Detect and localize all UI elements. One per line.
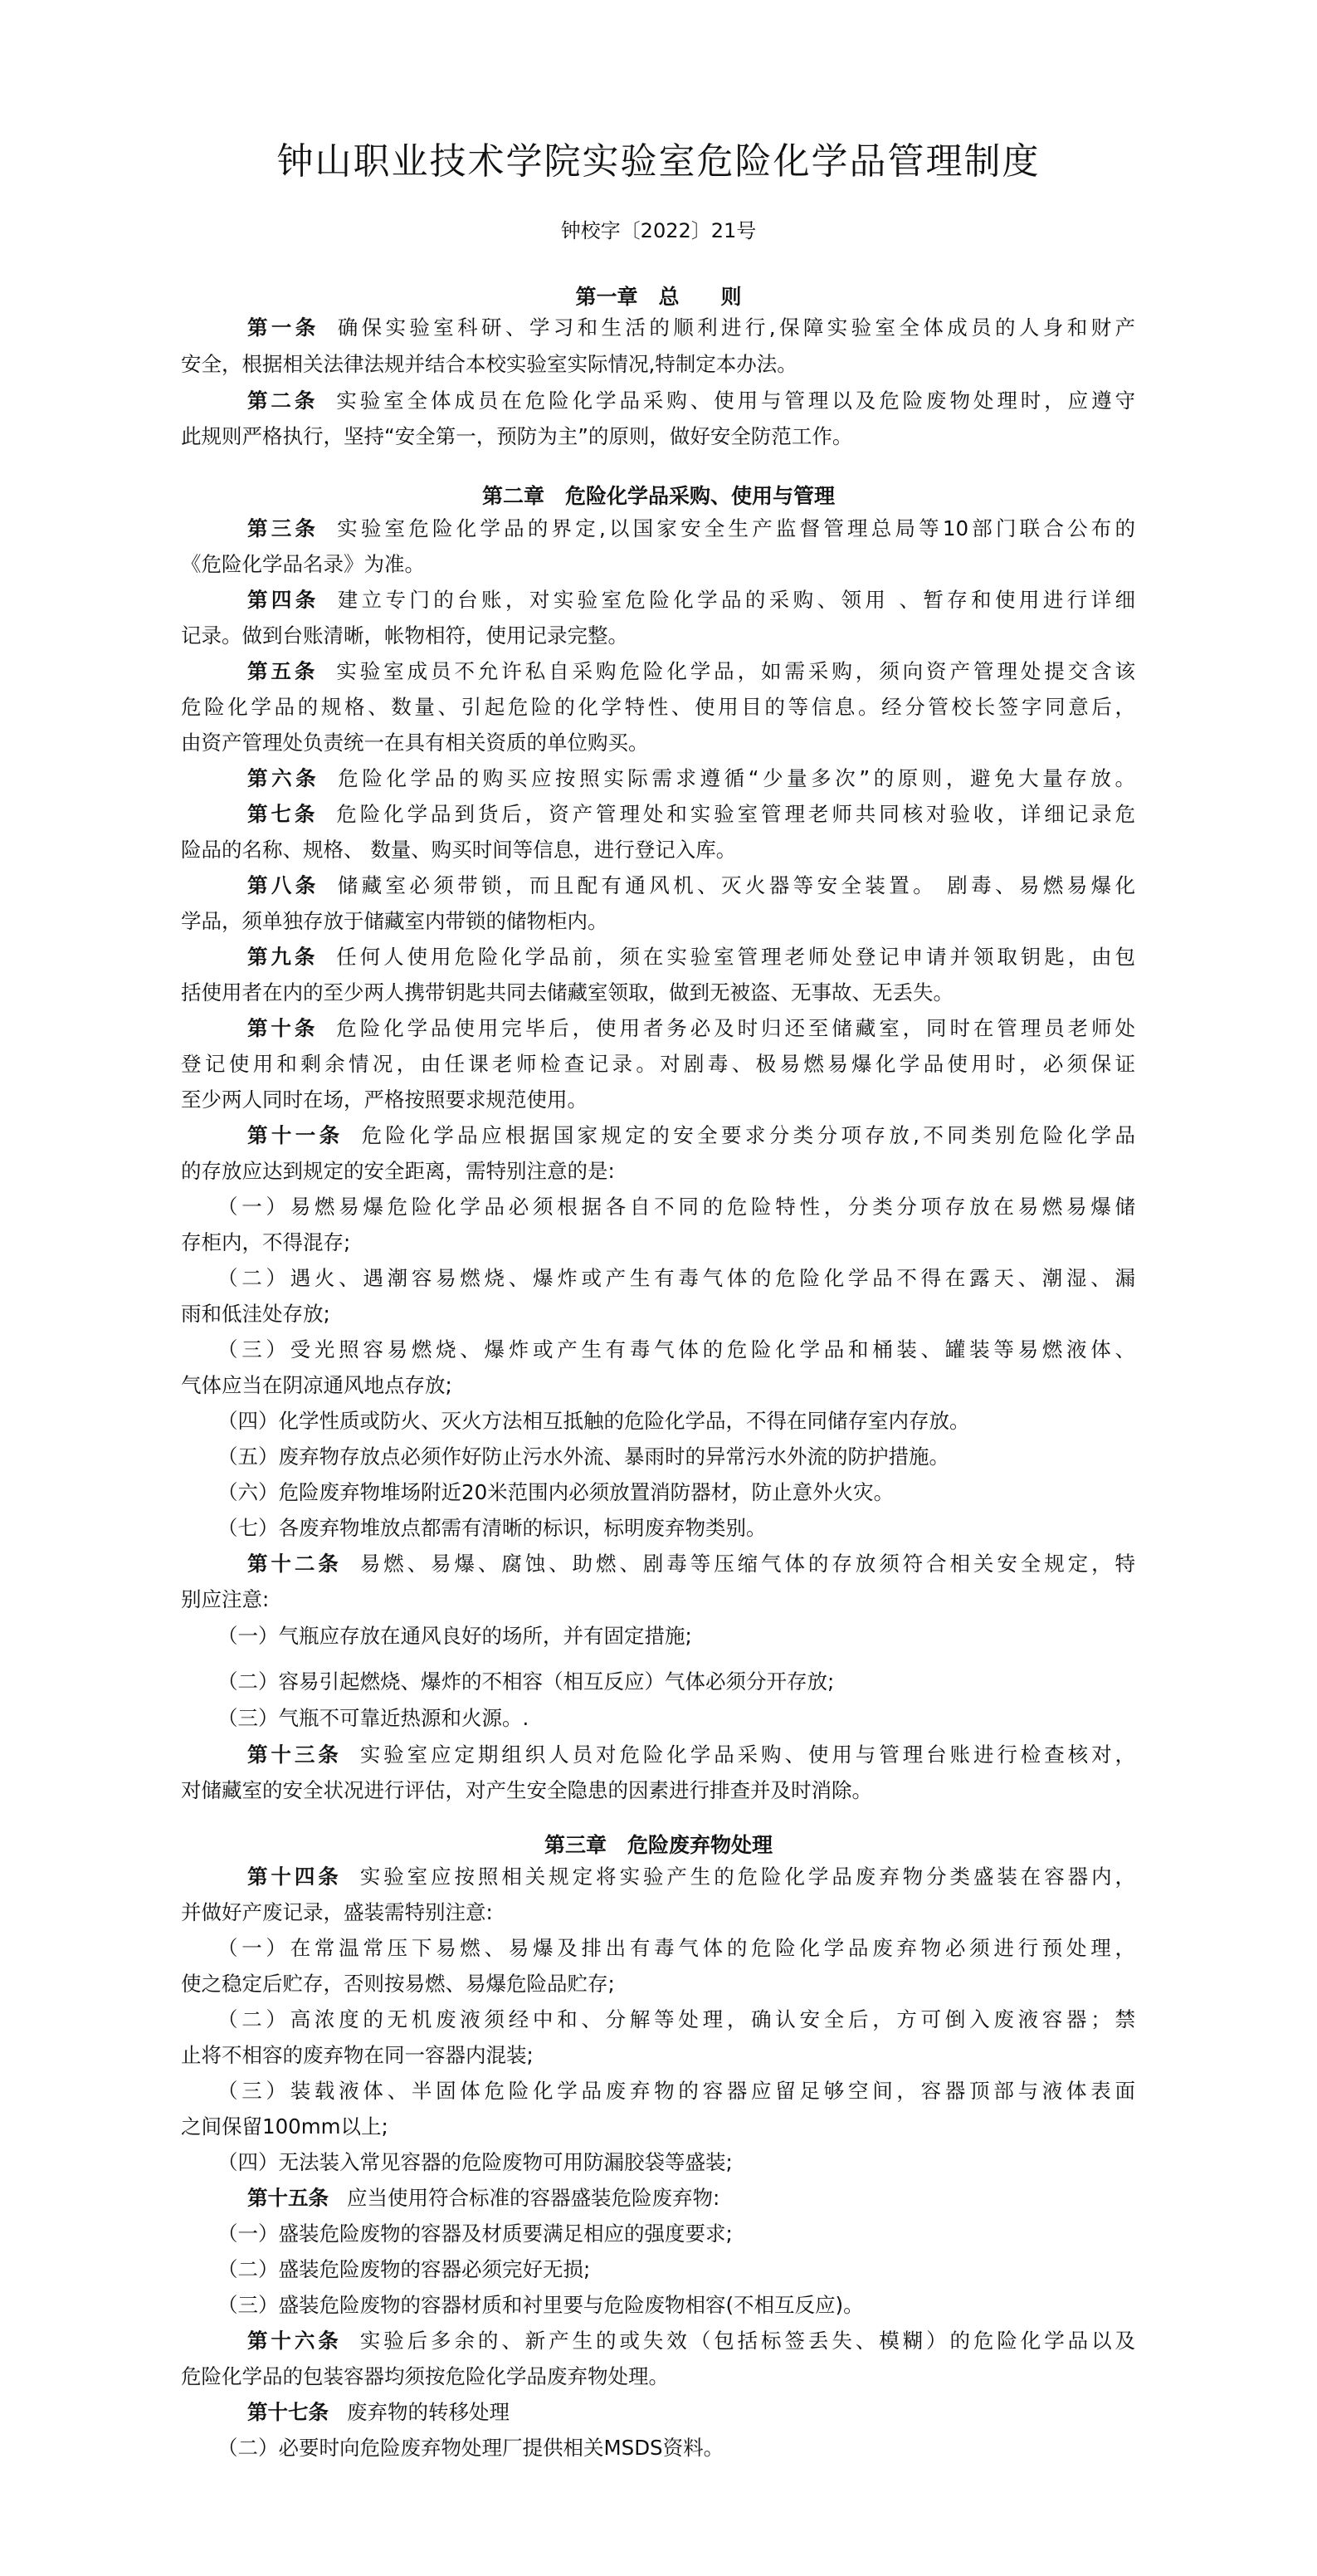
article-16-line-1: 第十六条实验后多余的、新产生的或失效（包括标签丢失、模糊）的危险化学品以及: [247, 2329, 1135, 2354]
article-10-line-2: 登记使用和剩余情况，由任课老师检查记录。对剧毒、极易燃易爆化学品使用时，必须保证: [181, 1052, 1135, 1077]
document-number: 钟校字〔2022〕21号: [0, 214, 1317, 243]
article-number: 第六条: [247, 766, 319, 790]
article-9-line-2: 括使用者在内的至少两人携带钥匙共同去储藏室领取，做到无被盗、无事故、无丢失。: [181, 980, 1135, 1005]
article-15-item-1: （一）盛装危险废物的容器及材质要满足相应的强度要求;: [217, 2222, 1135, 2246]
article-12-line-1: 第十二条易燃、易爆、腐蚀、助燃、剧毒等压缩气体的存放须符合相关安全规定，特: [247, 1552, 1135, 1576]
article-15-item-2: （二）盛装危险废物的容器必须完好无损;: [217, 2257, 1135, 2282]
article-14-item-1-cont: 使之稳定后贮存，否则按易燃、易爆危险品贮存;: [181, 1972, 1135, 1997]
article-number: 第二条: [247, 389, 318, 413]
article-14-item-4: （四）无法装入常见容器的危险废物可用防漏胶袋等盛装;: [217, 2150, 1135, 2175]
article-number: 第十二条: [247, 1552, 342, 1576]
article-number: 第十六条: [247, 2329, 342, 2353]
article-number: 第九条: [247, 945, 318, 969]
article-5-line-2: 危险化学品的规格、数量、引起危险的化学特性、使用目的等信息。经分管校长签字同意后…: [181, 695, 1135, 720]
document-title: 钟山职业技术学院实验室危险化学品管理制度: [0, 131, 1317, 184]
article-14-item-1: （一）在常温常压下易燃、易爆及排出有毒气体的危险化学品废弃物必须进行预处理，: [217, 1936, 1135, 1961]
article-11-item-1: （一）易燃易爆危险化学品必须根据各自不同的危险特性，分类分项存放在易燃易爆储: [217, 1195, 1135, 1220]
article-number: 第十五条: [247, 2186, 329, 2210]
article-2-line-2: 此规则严格执行，坚持“安全第一，预防为主”的原则，做好安全防范工作。: [181, 424, 1135, 449]
article-11-item-2: （二）遇火、遇潮容易燃烧、爆炸或产生有毒气体的危险化学品不得在露天、潮湿、漏: [217, 1266, 1135, 1291]
article-14-line-1: 第十四条实验室应按照相关规定将实验产生的危险化学品废弃物分类盛装在容器内，: [247, 1865, 1135, 1889]
article-3-line-1: 第三条实验室危险化学品的界定,以国家安全生产监督管理总局等10部门联合公布的: [247, 516, 1135, 541]
article-6-line-1: 第六条危险化学品的购买应按照实际需求遵循“少量多次”的原则，避免大量存放。: [247, 766, 1135, 791]
article-13-line-1: 第十三条实验室应定期组织人员对危险化学品采购、使用与管理台账进行检查核对，: [247, 1743, 1135, 1767]
article-12-item-2: （二）容易引起燃烧、爆炸的不相容（相互反应）气体必须分开存放;: [217, 1669, 1135, 1694]
article-2-line-1: 第二条实验室全体成员在危险化学品采购、使用与管理以及危险废物处理时，应遵守: [247, 389, 1135, 413]
article-10-line-1: 第十条危险化学品使用完毕后，使用者务必及时归还至储藏室，同时在管理员老师处: [247, 1016, 1135, 1041]
article-number: 第一条: [247, 315, 319, 340]
article-14-item-3: （三）装载液体、半固体危险化学品废弃物的容器应留足够空间，容器顶部与液体表面: [217, 2079, 1135, 2104]
article-11-item-2-cont: 雨和低洼处存放;: [181, 1302, 1135, 1327]
article-11-line-1: 第十一条危险化学品应根据国家规定的安全要求分类分项存放,不同类别危险化学品: [247, 1123, 1135, 1148]
article-14-item-3-cont: 之间保留100mm以上;: [181, 2114, 1135, 2139]
article-5-line-3: 由资产管理处负责统一在具有相关资质的单位购买。: [181, 731, 1135, 755]
article-1-line-2: 安全，根据相关法律法规并结合本校实验室实际情况,特制定本办法。: [181, 352, 1135, 377]
article-number: 第四条: [247, 588, 319, 612]
article-1-line-1: 第一条确保实验室科研、学习和生活的顺利进行,保障实验室全体成员的人身和财产: [247, 315, 1135, 340]
article-14-item-2: （二）高浓度的无机废液须经中和、分解等处理，确认安全后，方可倒入废液容器；禁: [217, 2007, 1135, 2032]
article-8-line-1: 第八条储藏室必须带锁，而且配有通风机、灭火器等安全装置。 剧毒、易燃易爆化: [247, 873, 1135, 898]
article-15-line-1: 第十五条应当使用符合标准的容器盛装危险废弃物:: [247, 2186, 1135, 2211]
article-number: 第八条: [247, 873, 319, 897]
article-4-line-1: 第四条建立专门的台账，对实验室危险化学品的采购、领用 、暂存和使用进行详细: [247, 588, 1135, 613]
article-number: 第五条: [247, 659, 318, 683]
chapter-3-heading: 第三章 危险废弃物处理: [0, 1829, 1317, 1859]
article-12-line-2: 别应注意:: [181, 1587, 1135, 1612]
article-16-line-2: 危险化学品的包装容器均须按危险化学品废弃物处理。: [181, 2364, 1135, 2389]
article-11-item-4: （四）化学性质或防火、灭火方法相互抵触的危险化学品，不得在同储存室内存放。: [217, 1409, 1135, 1434]
article-12-item-1: （一）气瓶应存放在通风良好的场所，并有固定措施;: [217, 1624, 1135, 1649]
article-9-line-1: 第九条任何人使用危险化学品前，须在实验室管理老师处登记申请并领取钥匙，由包: [247, 945, 1135, 970]
article-8-line-2: 学品，须单独存放于储藏室内带锁的储物柜内。: [181, 909, 1135, 934]
article-11-item-5: （五）废弃物存放点必须作好防止污水外流、暴雨时的异常污水外流的防护措施。: [217, 1444, 1135, 1469]
article-number: 第七条: [247, 802, 318, 826]
article-12-item-3: （三）气瓶不可靠近热源和火源。.: [217, 1706, 1135, 1731]
article-14-item-2-cont: 止将不相容的废弃物在同一容器内混装;: [181, 2043, 1135, 2068]
article-11-item-3-cont: 气体应当在阴凉通风地点存放;: [181, 1373, 1135, 1398]
article-11-line-2: 的存放应达到规定的安全距离，需特别注意的是:: [181, 1159, 1135, 1184]
article-4-line-2: 记录。做到台账清晰，帐物相符，使用记录完整。: [181, 623, 1135, 648]
article-number: 第十一条: [247, 1123, 344, 1147]
article-number: 第十条: [247, 1016, 318, 1040]
article-number: 第十三条: [247, 1743, 342, 1767]
article-7-line-2: 险品的名称、规格、 数量、购买时间等信息，进行登记入库。: [181, 838, 1135, 863]
article-17-line-1: 第十七条废弃物的转移处理: [247, 2400, 1135, 2425]
article-11-item-1-cont: 存柜内，不得混存;: [181, 1230, 1135, 1255]
article-7-line-1: 第七条危险化学品到货后，资产管理处和实验室管理老师共同核对验收，详细记录危: [247, 802, 1135, 827]
article-11-item-3: （三）受光照容易燃烧、爆炸或产生有毒气体的危险化学品和桶装、罐装等易燃液体、: [217, 1337, 1135, 1362]
article-15-item-3: （三）盛装危险废物的容器材质和衬里要与危险废物相容(不相互反应)。: [217, 2293, 1135, 2318]
article-14-line-2: 并做好产废记录，盛装需特别注意:: [181, 1900, 1135, 1925]
article-3-line-2: 《危险化学品名录》为准。: [181, 552, 1135, 577]
article-10-line-3: 至少两人同时在场，严格按照要求规范使用。: [181, 1088, 1135, 1112]
article-5-line-1: 第五条实验室成员不允许私自采购危险化学品，如需采购，须向资产管理处提交含该: [247, 659, 1135, 684]
article-11-item-6: （六）危险废弃物堆场附近20米范围内必须放置消防器材，防止意外火灾。: [217, 1480, 1135, 1505]
chapter-1-heading: 第一章 总 则: [0, 281, 1317, 310]
article-13-line-2: 对储藏室的安全状况进行评估，对产生安全隐患的因素进行排查并及时消除。: [181, 1778, 1135, 1803]
article-17-item-2: （二）必要时向危险废弃物处理厂提供相关MSDS资料。: [217, 2436, 1135, 2461]
article-number: 第三条: [247, 516, 319, 540]
article-11-item-7: （七）各废弃物堆放点都需有清晰的标识，标明废弃物类别。: [217, 1516, 1135, 1541]
article-number: 第十四条: [247, 1865, 342, 1889]
chapter-2-heading: 第二章 危险化学品采购、使用与管理: [0, 480, 1317, 510]
article-number: 第十七条: [247, 2400, 329, 2424]
